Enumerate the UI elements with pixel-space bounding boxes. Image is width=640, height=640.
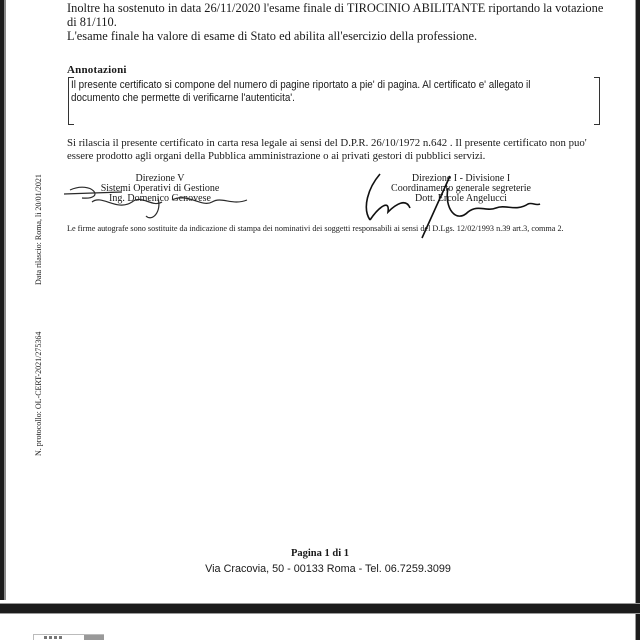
page-edge-right [636, 0, 640, 640]
signature-legal-note: Le firme autografe sono sostituite da in… [67, 224, 627, 234]
page-edge-right-shadow [635, 0, 636, 640]
signature-name: Dott. Ercole Angelucci [376, 194, 546, 204]
signature-block-right: Direzione I - Divisione I Coordinamento … [376, 174, 546, 204]
signature-block-left: Direzione V Sistemi Operativi di Gestion… [80, 174, 240, 204]
side-issue-date: Data rilascio: Roma, li 20/01/2021 [34, 174, 43, 285]
thumbnail-block [84, 635, 104, 640]
exam-result-text: Inoltre ha sostenuto in data 26/11/2020 … [67, 1, 607, 29]
next-page-thumbnail[interactable] [33, 634, 104, 640]
page-indicator: Pagina 1 di 1 [0, 548, 640, 559]
thumbnail-dots [44, 636, 64, 639]
page-edge-left-shadow [4, 0, 6, 600]
legal-notice: Si rilascia il presente certificato in c… [67, 137, 612, 163]
signature-name: Ing. Domenico Genovese [80, 194, 240, 204]
side-protocol-number: N. protocollo: OL-CERT-2021/275364 [34, 332, 43, 456]
exam-result-paragraph: Inoltre ha sostenuto in data 26/11/2020 … [67, 1, 607, 43]
exam-value-text: L'esame finale ha valore di esame di Sta… [67, 29, 607, 43]
footer-address: Via Cracovia, 50 - 00133 Roma - Tel. 06.… [0, 563, 640, 575]
page-separator-bar [0, 603, 640, 614]
annotations-label: Annotazioni [67, 64, 127, 76]
bracket-right [594, 77, 600, 125]
annotations-text: Il presente certificato si compone del n… [71, 79, 560, 105]
